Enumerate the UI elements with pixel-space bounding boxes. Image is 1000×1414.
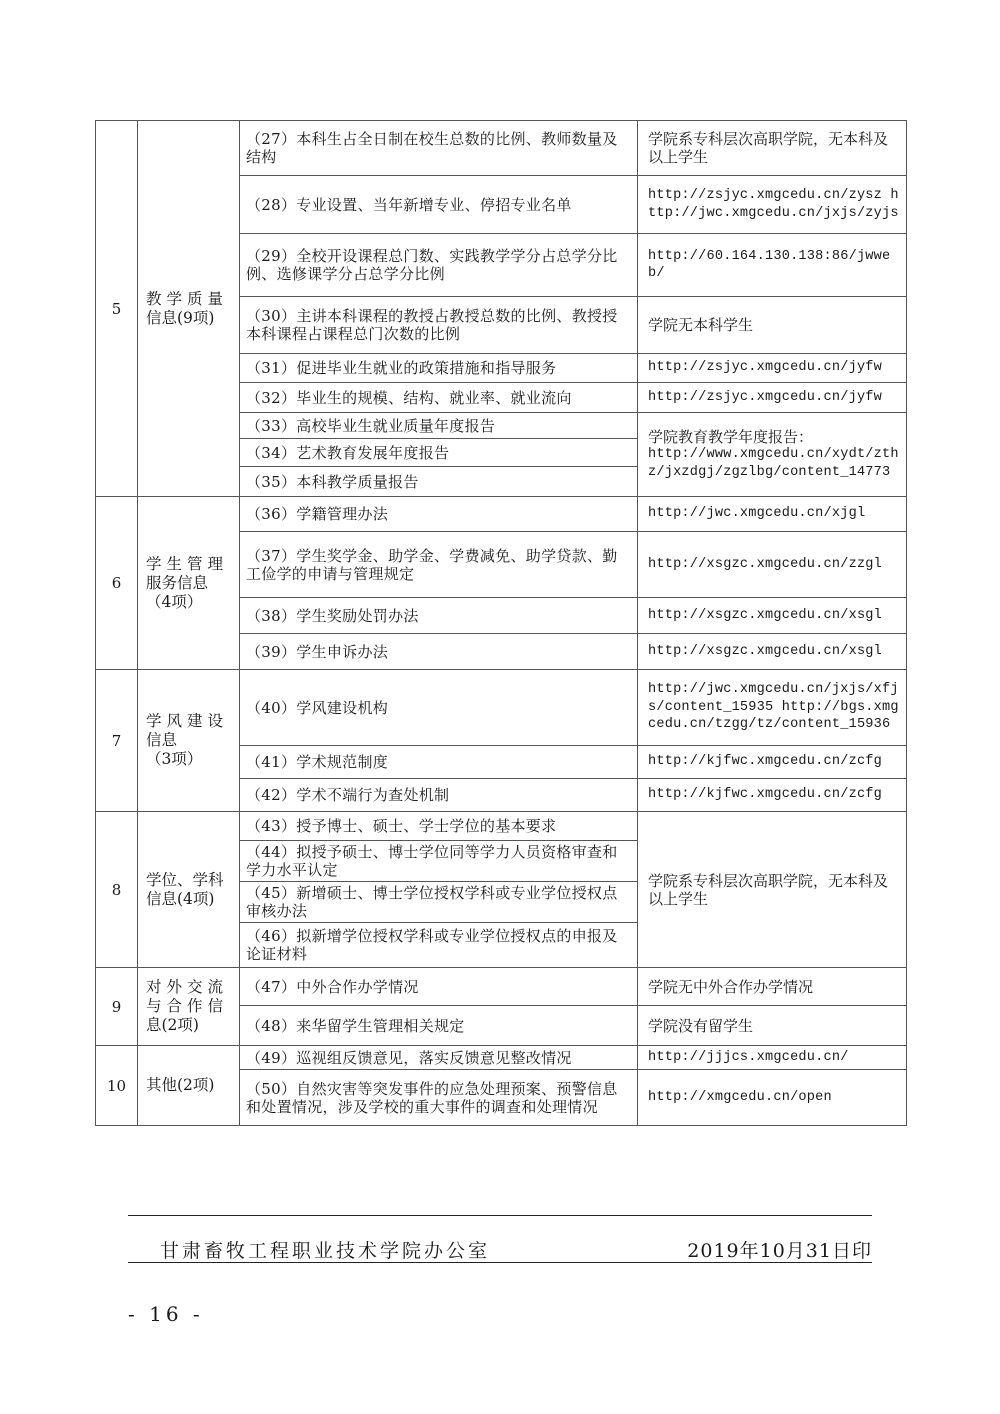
item-35: （35）本科教学质量报告 <box>240 467 638 497</box>
item-48: （48）来华留学生管理相关规定 <box>240 1006 638 1046</box>
item-27: （27）本科生占全日制在校生总数的比例、教师数量及结构 <box>240 121 638 176</box>
item-40: （40）学风建设机构 <box>240 670 638 746</box>
source-link[interactable]: http://zsjyc.xmgcedu.cn/jyfw <box>648 359 900 377</box>
source-link[interactable]: http://kjfwc.xmgcedu.cn/zcfg <box>648 786 900 804</box>
source-36: http://jwc.xmgcedu.cn/xjgl <box>638 497 907 532</box>
item-34: （34）艺术教育发展年度报告 <box>240 439 638 467</box>
item-33: （33）高校毕业生就业质量年度报告 <box>240 413 638 439</box>
group-number: 7 <box>96 670 138 812</box>
footer-divider-bottom <box>128 1262 872 1263</box>
source-31: http://zsjyc.xmgcedu.cn/jyfw <box>638 354 907 383</box>
source-50: http://xmgcedu.cn/open <box>638 1070 907 1126</box>
table-row: 5 教学质量 信息(9项) （27）本科生占全日制在校生总数的比例、教师数量及结… <box>96 121 907 176</box>
source-37: http://xsgzc.xmgcedu.cn/zzgl <box>638 532 907 598</box>
item-37: （37）学生奖学金、助学金、学费减免、助学贷款、勤工俭学的申请与管理规定 <box>240 532 638 598</box>
item-31: （31）促进毕业生就业的政策措施和指导服务 <box>240 354 638 383</box>
source-49: http://jjjcs.xmgcedu.cn/ <box>638 1046 907 1070</box>
group-number: 6 <box>96 497 138 670</box>
item-38: （38）学生奖励处罚办法 <box>240 598 638 634</box>
source-33-35: 学院教育教学年度报告： http://www.xmgcedu.cn/xydt/z… <box>638 413 907 497</box>
table-row: 8 学位、学科 信息(4项) （43）授予博士、硕士、学士学位的基本要求 学院系… <box>96 812 907 841</box>
group-category: 其他(2项) <box>138 1046 240 1126</box>
footer-organization: 甘肃畜牧工程职业技术学院办公室 <box>160 1236 490 1263</box>
source-41: http://kjfwc.xmgcedu.cn/zcfg <box>638 746 907 779</box>
item-29: （29）全校开设课程总门数、实践教学学分占总学分比例、选修课学分占总学分比例 <box>240 234 638 297</box>
group-category: 学风建设 信息 （3项） <box>138 670 240 812</box>
footer-divider-top <box>128 1215 872 1216</box>
source-29: http://60.164.130.138:86/jwweb/ <box>638 234 907 297</box>
group-category: 学生管理 服务信息 （4项） <box>138 497 240 670</box>
group-number: 8 <box>96 812 138 968</box>
group-number: 5 <box>96 121 138 497</box>
group-number: 9 <box>96 968 138 1046</box>
source-link[interactable]: http://xsgzc.xmgcedu.cn/xsgl <box>648 607 900 625</box>
source-47: 学院无中外合作办学情况 <box>638 968 907 1006</box>
source-link[interactable]: http://zsjyc.xmgcedu.cn/zysz http://jwc.… <box>648 187 900 222</box>
source-48: 学院没有留学生 <box>638 1006 907 1046</box>
source-link[interactable]: http://www.xmgcedu.cn/xydt/zthz/jxzdgj/z… <box>648 446 900 481</box>
source-30: 学院无本科学生 <box>638 297 907 354</box>
table-row: 9 对外交流 与合作信 息(2项) （47）中外合作办学情况 学院无中外合作办学… <box>96 968 907 1006</box>
source-40: http://jwc.xmgcedu.cn/jxjs/xfjs/content_… <box>638 670 907 746</box>
item-28: （28）专业设置、当年新增专业、停招专业名单 <box>240 176 638 234</box>
source-link[interactable]: http://kjfwc.xmgcedu.cn/zcfg <box>648 753 900 771</box>
source-link[interactable]: http://zsjyc.xmgcedu.cn/jyfw <box>648 389 900 407</box>
table-row: 7 学风建设 信息 （3项） （40）学风建设机构 http://jwc.xmg… <box>96 670 907 746</box>
group-category: 对外交流 与合作信 息(2项) <box>138 968 240 1046</box>
group-category: 教学质量 信息(9项) <box>138 121 240 497</box>
source-link[interactable]: http://60.164.130.138:86/jwweb/ <box>648 248 900 283</box>
table-row: 10 其他(2项) （49）巡视组反馈意见，落实反馈意见整改情况 http://… <box>96 1046 907 1070</box>
item-45: （45）新增硕士、博士学位授权学科或专业学位授权点审核办法 <box>240 882 638 923</box>
source-link[interactable]: http://xmgcedu.cn/open <box>648 1089 900 1107</box>
item-41: （41）学术规范制度 <box>240 746 638 779</box>
source-label: 学院教育教学年度报告： <box>648 428 900 446</box>
footer-print-date: 2019年10月31日印 <box>687 1236 872 1263</box>
item-46: （46）拟新增学位授权学科或专业学位授权点的申报及论证材料 <box>240 923 638 968</box>
source-38: http://xsgzc.xmgcedu.cn/xsgl <box>638 598 907 634</box>
source-32: http://zsjyc.xmgcedu.cn/jyfw <box>638 383 907 413</box>
source-39: http://xsgzc.xmgcedu.cn/xsgl <box>638 634 907 670</box>
item-43: （43）授予博士、硕士、学士学位的基本要求 <box>240 812 638 841</box>
item-39: （39）学生申诉办法 <box>240 634 638 670</box>
table-row: 6 学生管理 服务信息 （4项） （36）学籍管理办法 http://jwc.x… <box>96 497 907 532</box>
source-27: 学院系专科层次高职学院，无本科及以上学生 <box>638 121 907 176</box>
source-28: http://zsjyc.xmgcedu.cn/zysz http://jwc.… <box>638 176 907 234</box>
item-50: （50）自然灾害等突发事件的应急处理预案、预警信息和处置情况，涉及学校的重大事件… <box>240 1070 638 1126</box>
source-link[interactable]: http://xsgzc.xmgcedu.cn/xsgl <box>648 643 900 661</box>
item-49: （49）巡视组反馈意见，落实反馈意见整改情况 <box>240 1046 638 1070</box>
source-link[interactable]: http://jwc.xmgcedu.cn/xjgl <box>648 505 900 523</box>
source-link[interactable]: http://xsgzc.xmgcedu.cn/zzgl <box>648 556 900 574</box>
item-32: （32）毕业生的规模、结构、就业率、就业流向 <box>240 383 638 413</box>
source-43-46: 学院系专科层次高职学院，无本科及以上学生 <box>638 812 907 968</box>
source-link[interactable]: http://jwc.xmgcedu.cn/jxjs/xfjs/content_… <box>648 681 900 734</box>
disclosure-table: 5 教学质量 信息(9项) （27）本科生占全日制在校生总数的比例、教师数量及结… <box>95 120 907 1126</box>
item-30: （30）主讲本科课程的教授占教授总数的比例、教授授本科课程占课程总门次数的比例 <box>240 297 638 354</box>
source-link[interactable]: http://jjjcs.xmgcedu.cn/ <box>648 1049 900 1067</box>
source-42: http://kjfwc.xmgcedu.cn/zcfg <box>638 779 907 812</box>
item-47: （47）中外合作办学情况 <box>240 968 638 1006</box>
item-36: （36）学籍管理办法 <box>240 497 638 532</box>
item-44: （44）拟授予硕士、博士学位同等学力人员资格审查和学力水平认定 <box>240 841 638 882</box>
group-category: 学位、学科 信息(4项) <box>138 812 240 968</box>
item-42: （42）学术不端行为查处机制 <box>240 779 638 812</box>
page-number: - 16 - <box>128 1302 204 1326</box>
group-number: 10 <box>96 1046 138 1126</box>
